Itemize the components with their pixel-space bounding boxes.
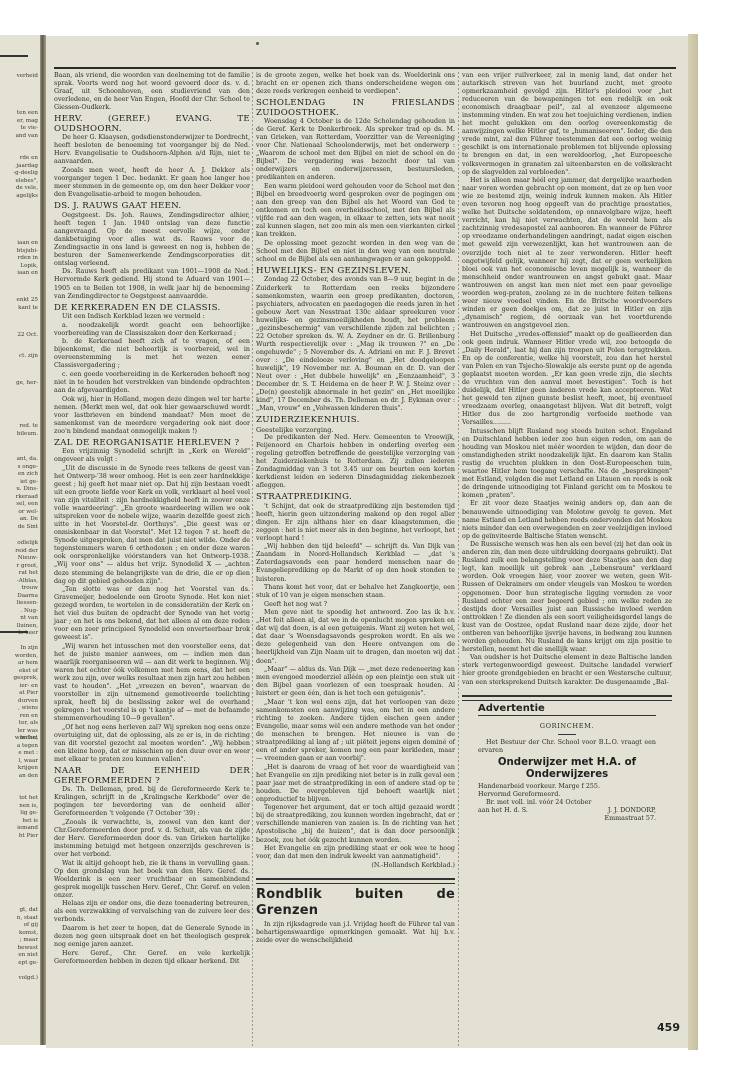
article-paragraph: a. noodzakelijk wordt geacht een behoorl… bbox=[54, 322, 250, 338]
advert-details: Br. met voll. inl. vóór 24 October bbox=[478, 799, 656, 807]
article-paragraph: De Russische wensch was hen als een beve… bbox=[462, 541, 672, 654]
advert-details: Handenarbeid voorkeur. Marge f 255. bbox=[478, 783, 656, 791]
article-paragraph: Geeft het nog wat ? bbox=[256, 601, 455, 609]
article-paragraph: „Wij hebben den tijd beleefd" — schrijft… bbox=[256, 543, 455, 583]
previous-page-fragment: worden, a tegen e met : l, waar krijgen … bbox=[15, 735, 38, 780]
advert-job-line: Onderwijzeres bbox=[478, 769, 656, 781]
advert-job-line: Onderwijzer met H.A. of bbox=[478, 757, 656, 769]
section-rule bbox=[256, 878, 455, 884]
column-2: is de groote zegen, welke het boek van d… bbox=[256, 72, 455, 945]
previous-page-fragment: ht Pier bbox=[19, 833, 38, 841]
previous-page-fragment: volgd.) bbox=[19, 975, 38, 983]
article-heading: SCHOLENDAG IN FRIESLANDS ZUIDOOSTHOEK. bbox=[256, 99, 455, 118]
previous-page-fragment: enkt 25 kant te bbox=[17, 297, 38, 312]
column-intro: is de groote zegen, welke het boek van d… bbox=[256, 72, 455, 96]
column-1: Baan, als vriend, die woorden van deelne… bbox=[54, 72, 250, 966]
article-paragraph: „Wij waren het intusschen met den voorst… bbox=[54, 643, 250, 723]
article-paragraph: Men geve niet te spoedig het antwoord. Z… bbox=[256, 609, 455, 665]
previous-page-fragment: rde en jaardag -g-deelig elebes", de vel… bbox=[13, 155, 38, 200]
article-paragraph: Het Evangelie en zijn prediking staat er… bbox=[256, 845, 455, 861]
article-paragraph: Ds. Th. Delleman, pred. bij de Gereforme… bbox=[54, 786, 250, 818]
advert-title: Advertentie bbox=[478, 705, 656, 716]
advert-details: Hervormd Gereformeerd. bbox=[478, 791, 656, 799]
previous-page-fragment: 22 Oct. bbox=[17, 332, 38, 340]
previous-page-fragment: ge, her- bbox=[16, 380, 38, 388]
previous-page-fragment: ct. zijn bbox=[19, 353, 38, 361]
advert-city: GORINCHEM. bbox=[462, 722, 672, 730]
article-heading: STRAATPREDIKING. bbox=[256, 493, 455, 503]
article-paragraph: b. de Kerkeraad heeft zich af te vragen,… bbox=[54, 338, 250, 370]
article-paragraph: De predikanten der Ned. Herv. Gemeenten … bbox=[256, 434, 455, 490]
page-number: 459 bbox=[657, 1021, 680, 1034]
advert-intro: Het Bestuur der Chr. School voor B.L.O. … bbox=[478, 739, 656, 755]
advertisement: Advertentie GORINCHEM. Het Bestuur der C… bbox=[462, 705, 672, 823]
article-paragraph: Thans komt het voor, dat er behalve het … bbox=[256, 584, 455, 600]
top-rule bbox=[54, 67, 676, 69]
article-paragraph: „Het is daarom de vraag of het voor de w… bbox=[256, 764, 455, 804]
article-subheading: Geestelijke verzorging. bbox=[256, 426, 455, 434]
article-heading: NAAR DE EENHEID DER GEREFORMEERDEN ? bbox=[54, 767, 250, 786]
column-divider bbox=[458, 72, 459, 1047]
article-heading: DS. J. RAUWS GAAT HEEN. bbox=[54, 202, 250, 212]
article-paragraph: Helaas zijn er onder ons, die deze toena… bbox=[54, 900, 250, 924]
section-intro: In zijn rijksdagrede van j.l. Vrijdag he… bbox=[256, 921, 455, 945]
article-paragraph: 't Schijnt, dat ook de straatprediking z… bbox=[256, 503, 455, 543]
advert-job-title: Onderwijzer met H.A. of Onderwijzeres bbox=[478, 757, 656, 781]
divider-rule bbox=[0, 55, 28, 57]
advert-dash bbox=[558, 734, 576, 735]
article-paragraph: Het is alleen maar héél erg jammer, dat … bbox=[462, 177, 672, 330]
article-paragraph: Tegenover het argument, dat er toch alti… bbox=[256, 804, 455, 844]
advert-signature: aan het H. d. S. J. J. DONDORP, bbox=[478, 807, 656, 815]
article-paragraph: Het Duitsche „vredes-offensief" maakt op… bbox=[462, 331, 672, 428]
divider-rule bbox=[0, 631, 28, 633]
previous-page-fragment: odlelijk reid der Nieuw- r groot, rat he… bbox=[15, 540, 38, 638]
previous-page-fragment: gt, dat n, staat of gij komst, ; maar be… bbox=[17, 907, 38, 967]
previous-page-strip: verheidten een er, mag te vie- and vanrd… bbox=[0, 35, 42, 1045]
advert-sign-name: J. J. DONDORP, bbox=[608, 807, 656, 815]
advert-address: Emmastraat 57. bbox=[478, 815, 656, 823]
article-paragraph: Herv. Geref., Chr. Geref. en vele kerkel… bbox=[54, 950, 250, 966]
article-paragraph: Zondag 22 October, des avonds van 8—9 uu… bbox=[256, 276, 455, 413]
section-rule bbox=[462, 695, 672, 701]
article-paragraph: Een vrijzinnig Synodelid schrijft in „Ke… bbox=[54, 448, 250, 464]
article-paragraph: Ds. Rauws heeft als predikant van 1901—1… bbox=[54, 268, 250, 300]
previous-page-fragment: In zijn worden, ar hem ekst of gesprek, … bbox=[14, 645, 39, 743]
article-source: (N.-Hollandsch Kerkblad.) bbox=[256, 862, 455, 870]
previous-page-fragment: iaan en btsjubi- rden in Lopik, iaan en bbox=[17, 240, 38, 278]
article-paragraph: Uit een Indisch Kerkblad lezen we vermel… bbox=[54, 313, 250, 321]
previous-page-fragment: ant, da. s onge- en zich iet ge- u. Dins… bbox=[16, 456, 38, 531]
article-paragraph: Zooals men weet, heeft de heer A. J. Dek… bbox=[54, 167, 250, 199]
section-title: Rondblik buiten de Grenzen bbox=[256, 887, 455, 919]
article-paragraph: Oegstgeest. Ds. Joh. Rauws, Zendingsdire… bbox=[54, 212, 250, 268]
page-edge bbox=[688, 34, 698, 1050]
article-heading: HERV. (GEREF.) EVANG. TE OUDSHOORN. bbox=[54, 115, 250, 134]
article-paragraph: „Uit de discussie in de Synode rees telk… bbox=[54, 465, 250, 586]
article-heading: DE KERKERADEN EN DE CLASSIS. bbox=[54, 304, 250, 314]
article-paragraph: De oplossing moet gezocht worden in den … bbox=[256, 240, 455, 264]
article-paragraph: „Maar 't kon wel eens zijn, dat het verl… bbox=[256, 699, 455, 763]
article-paragraph: „Ten slotte was er dan nog het Voorstel … bbox=[54, 586, 250, 642]
article-paragraph: Van oudsher is het Duitsche element in d… bbox=[462, 654, 672, 686]
column-3: van een vrijer ruilverkeer, zal in menig… bbox=[462, 72, 672, 823]
advert-sign-left: aan het H. d. S. bbox=[478, 807, 528, 815]
article-paragraph: „Zooals ik verwachtte, is, zoowel van de… bbox=[54, 819, 250, 859]
previous-page-fragment: verheid bbox=[17, 73, 38, 81]
article-paragraph: De heer G. Klaaysen, godsdienstonderwijz… bbox=[54, 134, 250, 166]
article-paragraph: Daarom is het zeer te hopen, dat de Gene… bbox=[54, 925, 250, 949]
article-paragraph: Ook wij, hier in Holland, mogen deze din… bbox=[54, 396, 250, 436]
article-paragraph: Er zit voor deze Staatjes weinig anders … bbox=[462, 500, 672, 540]
article-paragraph: c. een goede voorbereiding in de Kerkera… bbox=[54, 371, 250, 395]
previous-page-fragment: tot het nen is, lig ge- het is iemand bbox=[17, 795, 38, 833]
previous-page-fragment: ten een er, mag te vie- and van bbox=[16, 110, 38, 140]
article-heading: ZUIDERZIEKENHUIS. bbox=[256, 416, 455, 426]
column-intro: Baan, als vriend, die woorden van deelne… bbox=[54, 72, 250, 112]
article-heading: ZAL DE REORGANISATIE HERLEVEN ? bbox=[54, 439, 250, 449]
article-paragraph: „Of het nog eens herleven zal? Wij sprek… bbox=[54, 724, 250, 764]
article-paragraph: Woensdag 4 October is de 12de Scholendag… bbox=[256, 118, 455, 182]
column-divider bbox=[252, 72, 253, 1047]
article-paragraph: Wat ik altijd gehoopt heb, zie ik thans … bbox=[54, 860, 250, 900]
article-paragraph: „Maar" — aldus ds. Van Dijk — „met deze … bbox=[256, 666, 455, 698]
previous-page-fragment: red. te bileum. bbox=[17, 423, 38, 438]
article-paragraph: Een warm pleidooi werd gehouden voor de … bbox=[256, 183, 455, 239]
newspaper-page: Baan, als vriend, die woorden van deelne… bbox=[46, 36, 688, 1048]
article-paragraph: van een vrijer ruilverkeer, zal in menig… bbox=[462, 72, 672, 177]
article-paragraph: Intusschen blijft Rusland nog steeds bui… bbox=[462, 428, 672, 500]
header-mark bbox=[256, 42, 259, 45]
